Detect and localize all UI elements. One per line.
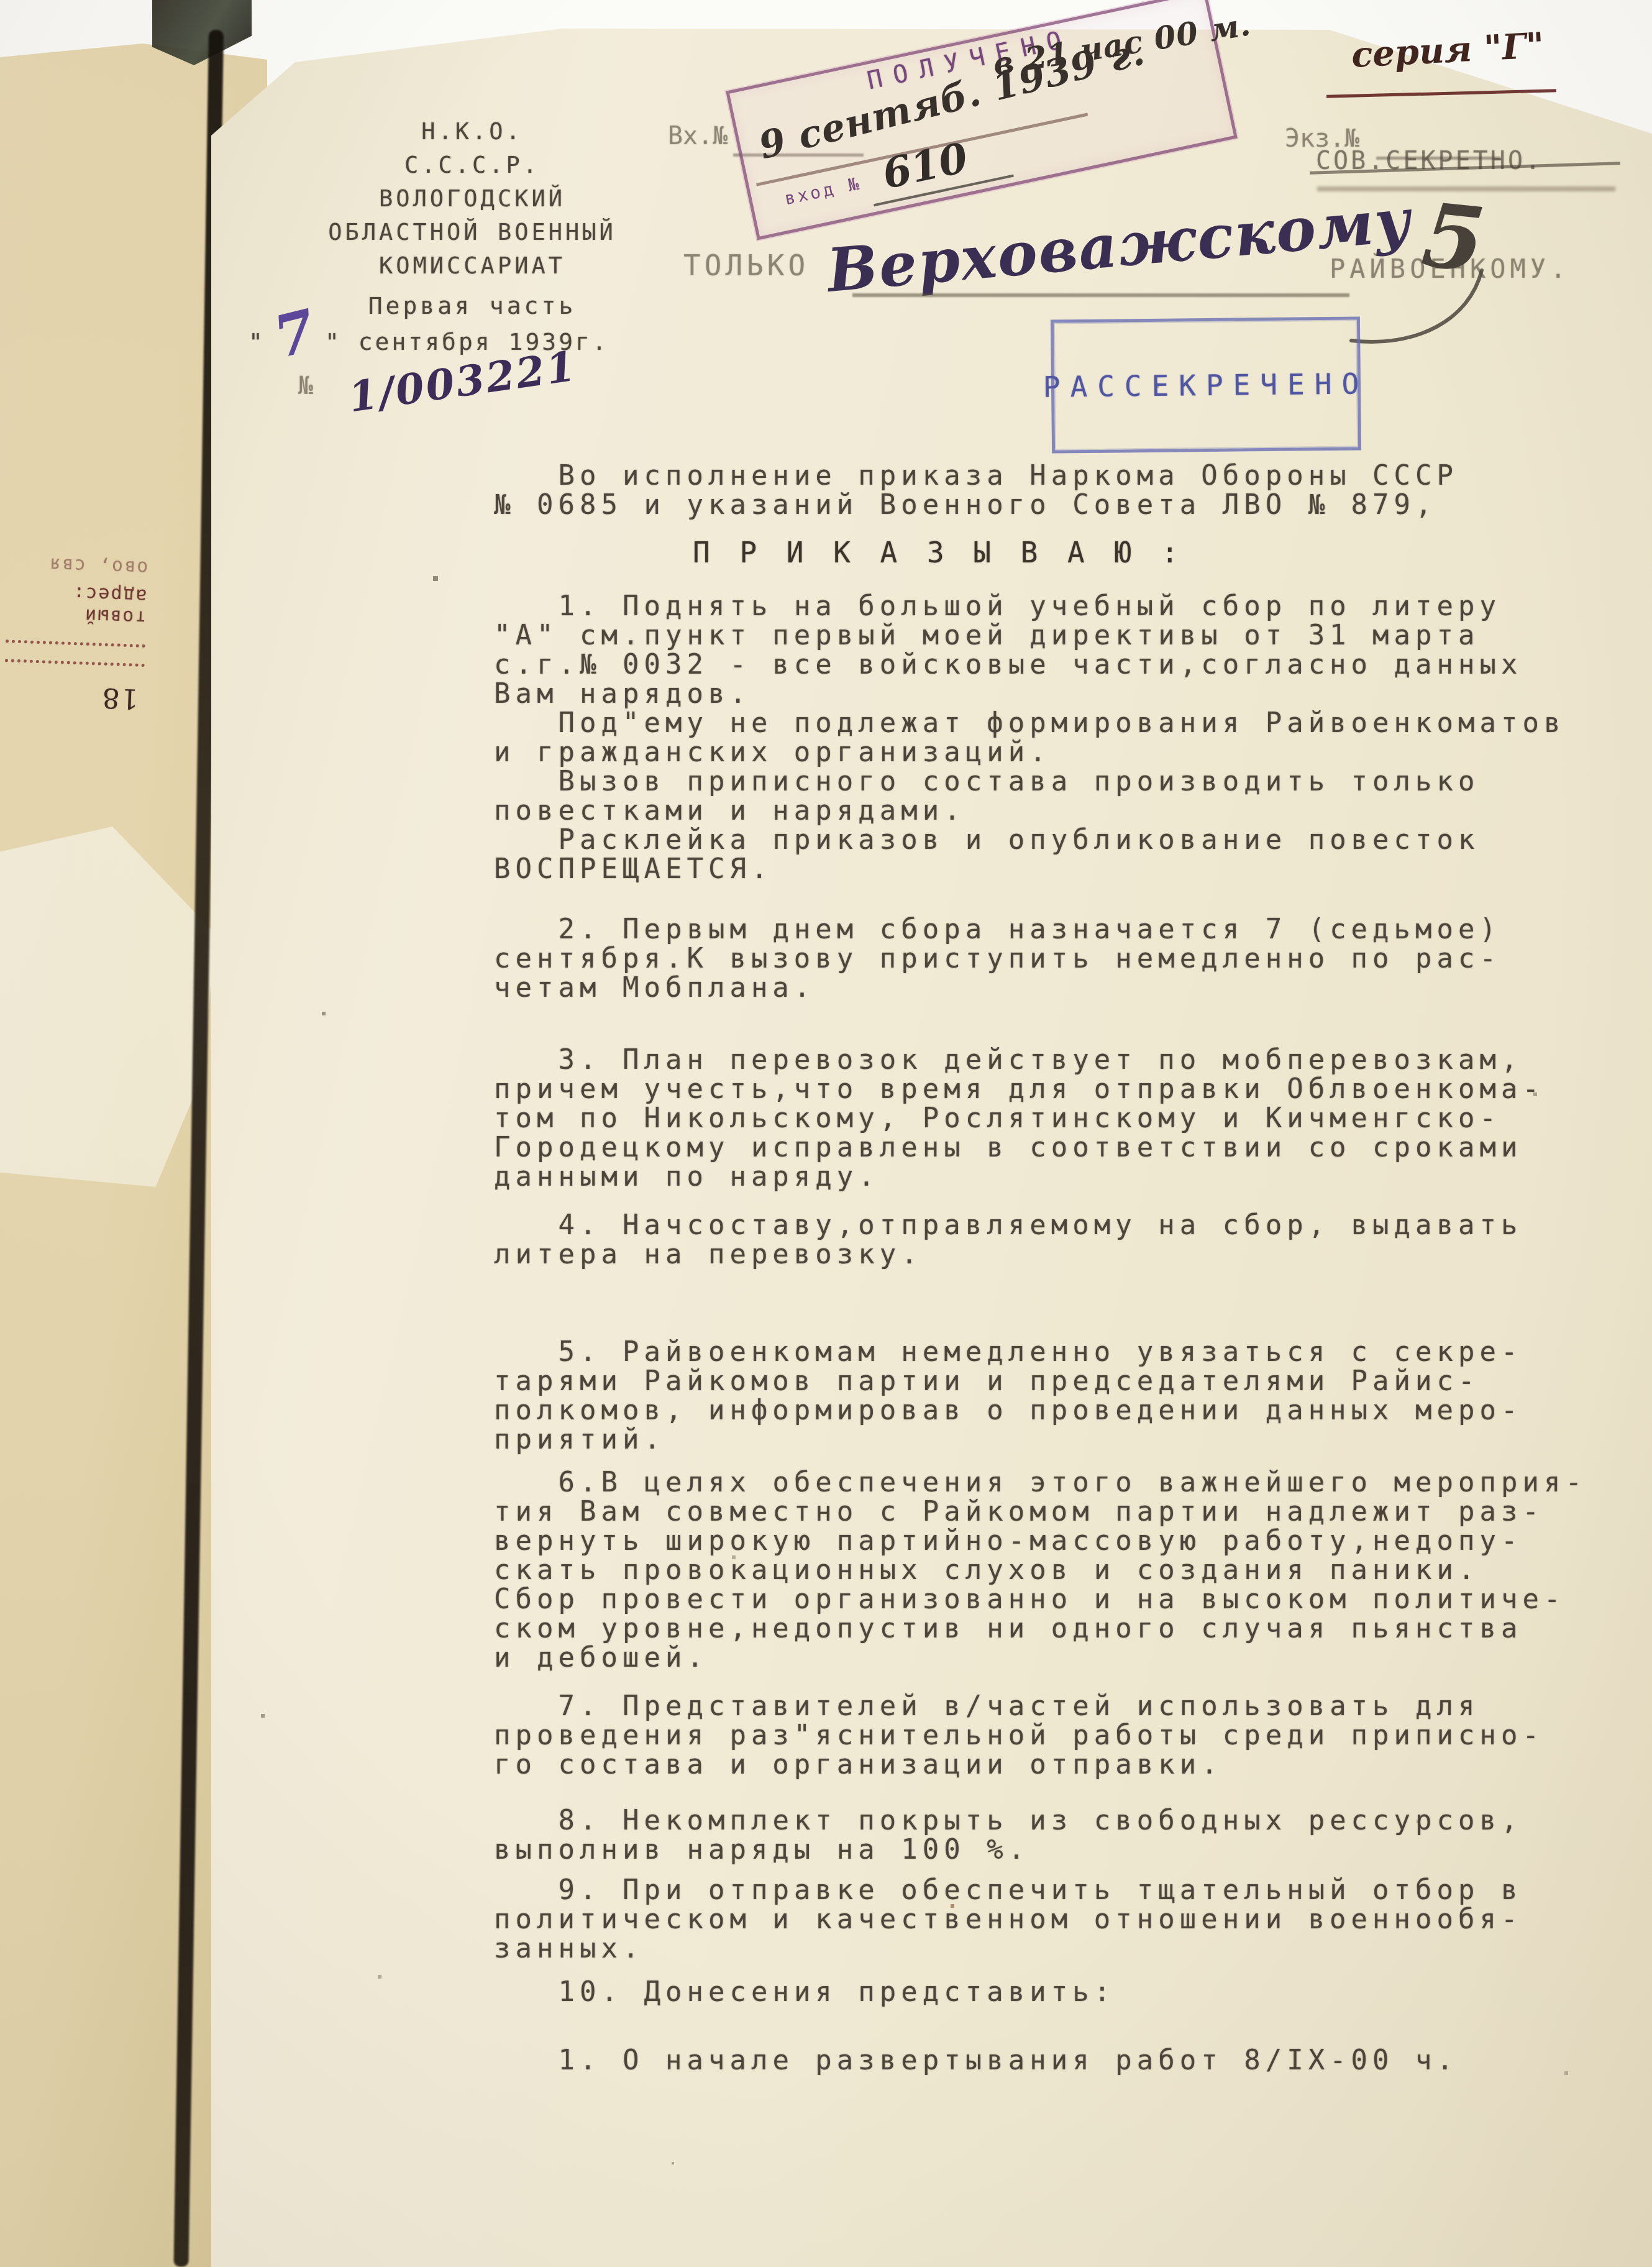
address-only-word: ТОЛЬКО [683, 249, 809, 282]
stamp-fragment-number: 18 [0, 678, 139, 715]
stamp-fragment-address: товый адрес: [0, 580, 147, 628]
order-paragraph-10: 10. Донесения представить: [494, 1977, 1612, 2007]
order-paragraph-7: 7. Представителей в/частей использовать … [494, 1692, 1612, 1779]
order-word: П Р И К А З Ы В А Ю : [693, 536, 1185, 569]
document-number-label: № [298, 372, 313, 400]
received-stamp-entry-label: вход № [783, 173, 863, 209]
declassified-stamp-text: РАССЕКРЕЧЕНО [1043, 367, 1369, 403]
handwritten-day: 7 [275, 329, 316, 339]
order-paragraph-2: 2. Первым днем сбора назначается 7 (седь… [494, 915, 1612, 1002]
order-paragraph-3: 3. План перевозок действует по мобперево… [494, 1045, 1612, 1191]
order-paragraph-1: 1. Поднять на большой учебный сбор по ли… [494, 592, 1612, 884]
date-quote-open: " [249, 328, 265, 355]
letterhead-date-line: "7" сентября 1939г. [249, 328, 708, 355]
handwritten-flourish [1342, 261, 1497, 367]
letterhead-org-line: С.С.С.Р. [242, 152, 702, 178]
order-report-item: 1. О начале развертывания работ 8/IX-00 … [494, 2046, 1612, 2075]
declassified-stamp: РАССЕКРЕЧЕНО [1051, 316, 1361, 453]
scanned-document-photo: 18 товый адрес: ово, свя Н.К.О. С.С.С.Р.… [0, 0, 1652, 2267]
letterhead-org-line: КОМИССАРИАТ [242, 252, 702, 279]
order-paragraph-6: 6.В целях обеспечения этого важнейшего м… [494, 1468, 1612, 1672]
order-paragraph-9: 9. При отправке обеспечить тщательный от… [494, 1875, 1612, 1963]
left-page-stamp-fragment: 18 товый адрес: ово, свя [0, 526, 149, 717]
letterhead-org-line: ОБЛАСТНОЙ ВОЕННЫЙ [242, 219, 702, 245]
stamp-fragment-text: ово, свя [2, 552, 148, 579]
letterhead-org-line: Н.К.О. [242, 118, 702, 145]
body-intro: Во исполнение приказа Наркома Обороны СС… [494, 461, 1612, 520]
handwritten-series-note: серия "Г" [1350, 25, 1545, 76]
letterhead-org-line: ВОЛОГОДСКИЙ [242, 185, 702, 212]
order-paragraph-4: 4. Начсоставу,отправляемому на сбор, выд… [494, 1211, 1612, 1269]
recipient-underline [852, 293, 1349, 297]
order-paragraph-5: 5. Райвоенкомам немедленно увязаться с с… [494, 1337, 1612, 1454]
dotted-line [6, 639, 145, 648]
order-paragraph-8: 8. Некомплект покрыть из свободных рессу… [494, 1806, 1612, 1864]
dotted-line [5, 659, 145, 667]
incoming-number-label: Вх.№ [668, 122, 728, 150]
paper-specks [0, 0, 1, 1]
